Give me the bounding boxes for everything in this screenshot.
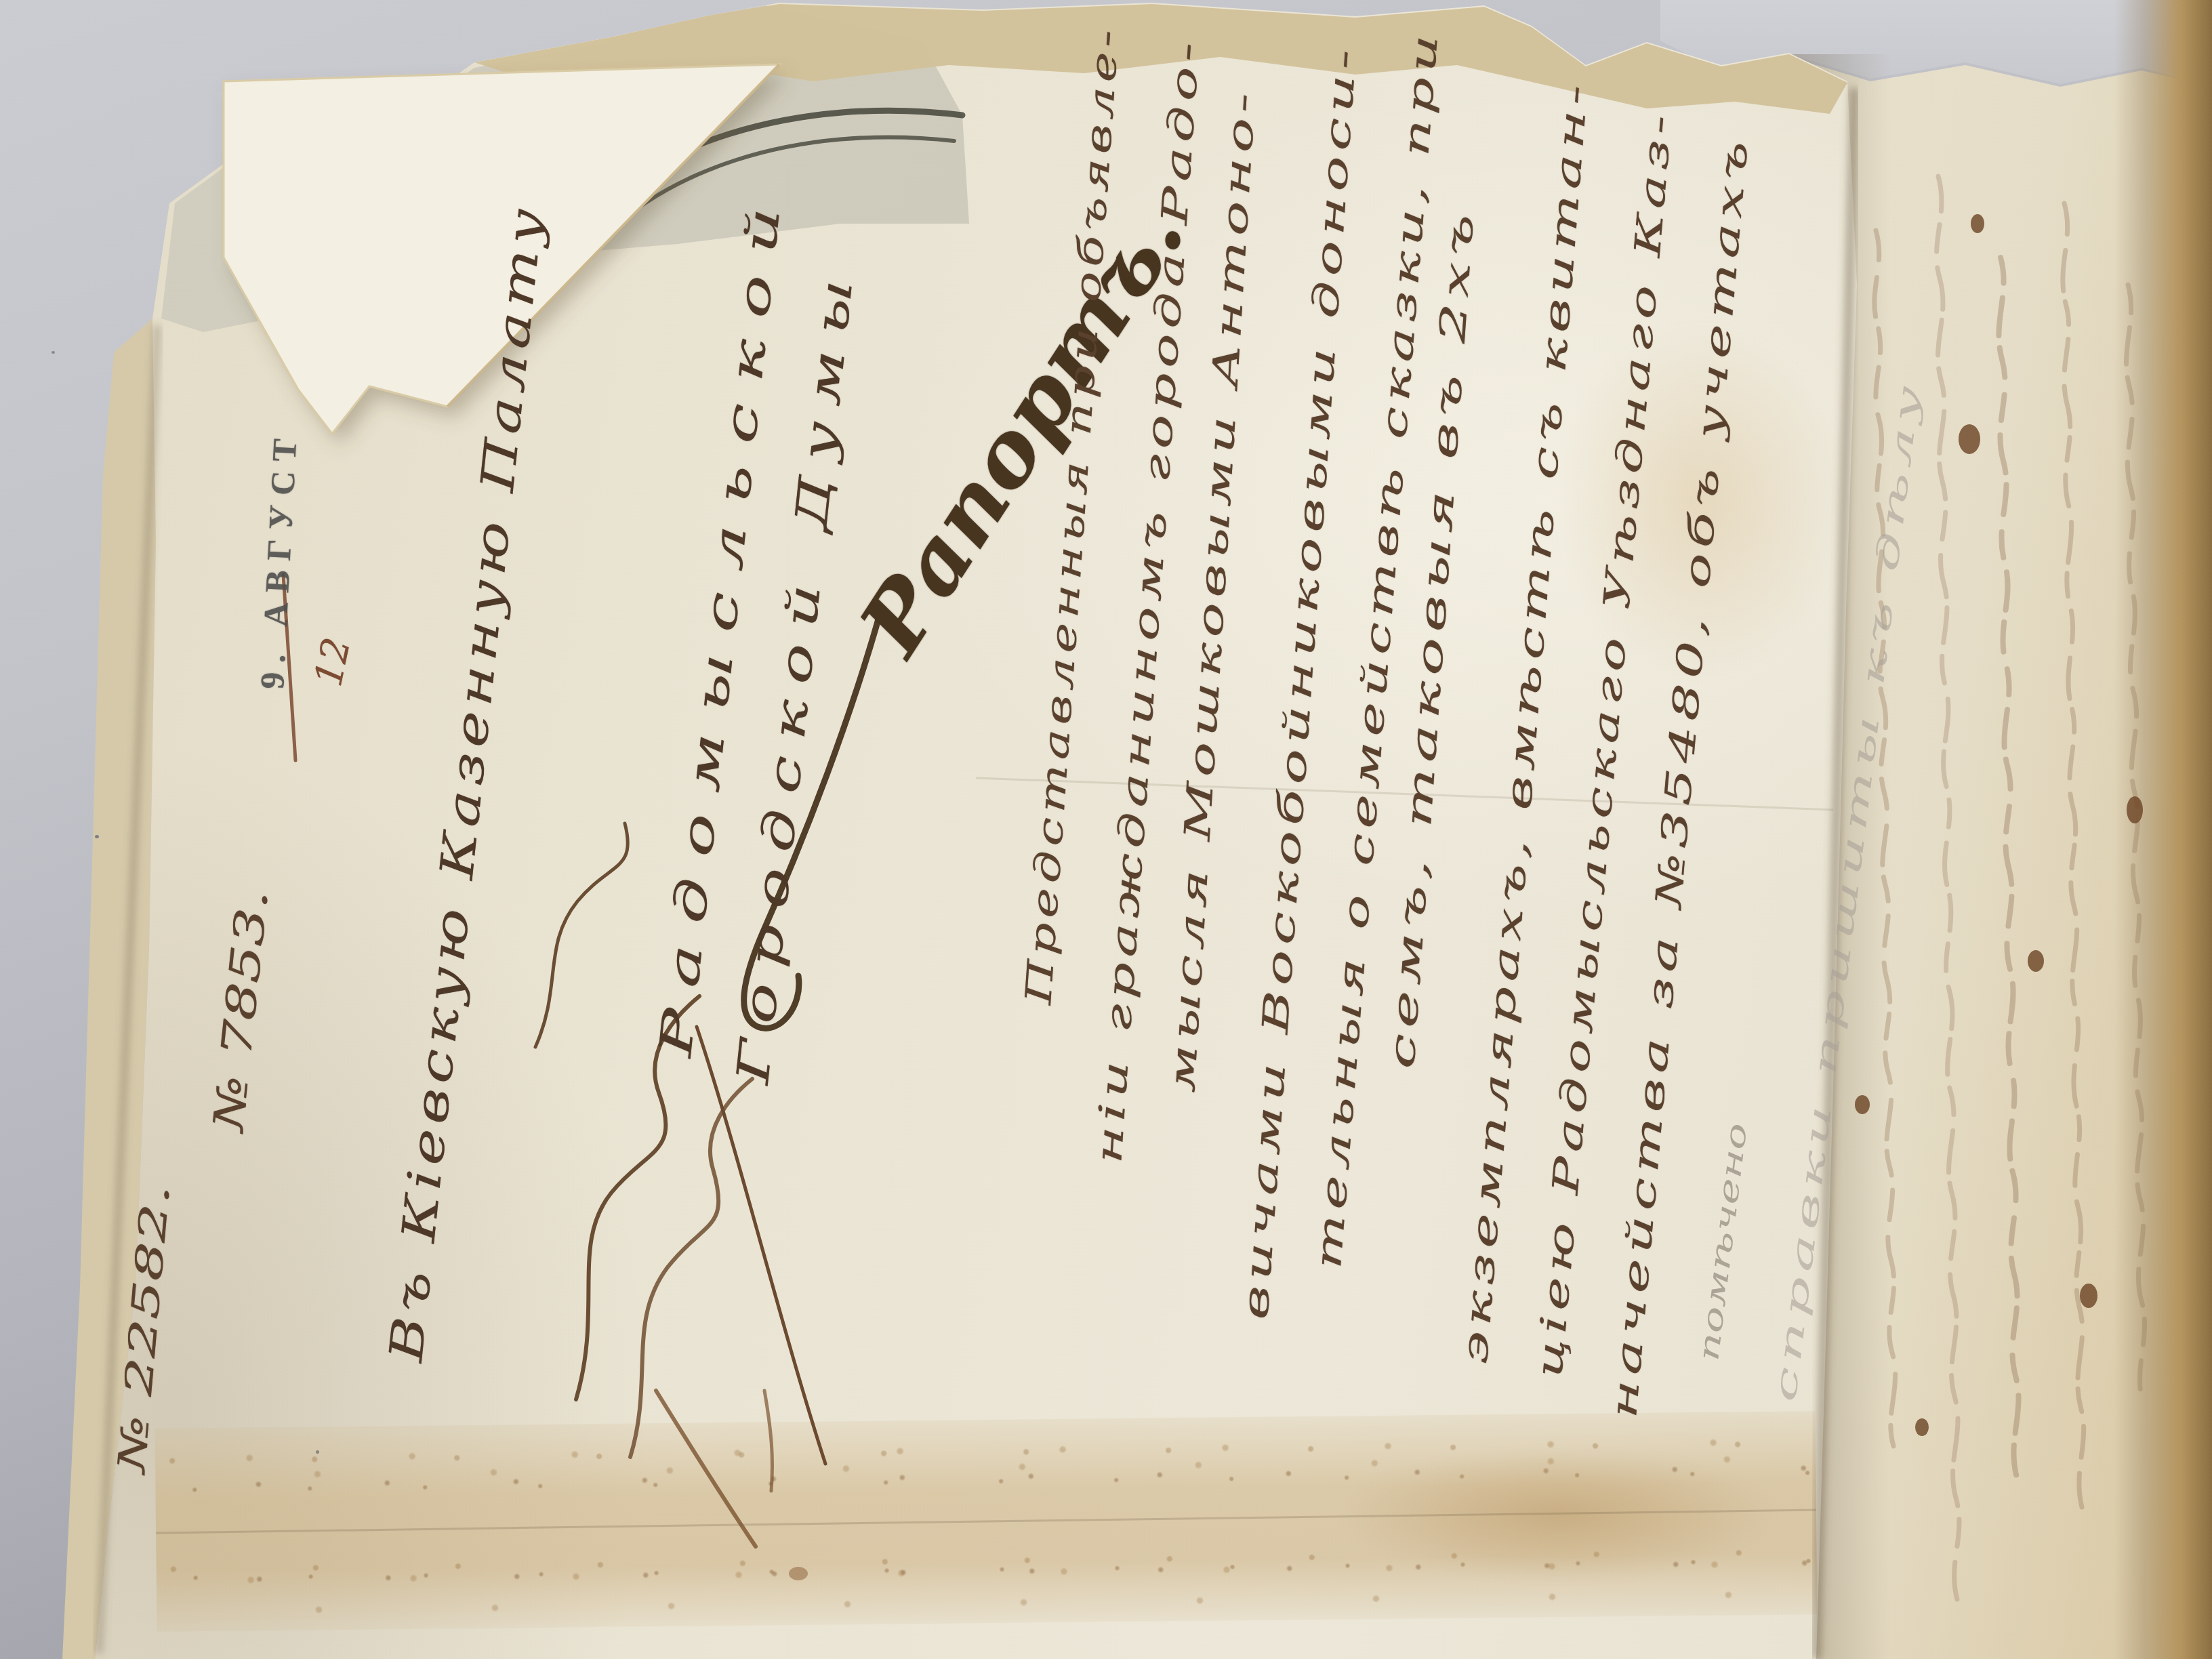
dust-speck: [95, 835, 99, 838]
ink-blot: [2028, 950, 2044, 972]
ink-blot: [1971, 214, 1984, 233]
ink-blot: [1959, 424, 1980, 454]
ink-blot: [2080, 1284, 2097, 1308]
signature-tail: [697, 1027, 825, 1464]
crease-line: [156, 1510, 1816, 1533]
ink-blot: [1855, 1095, 1870, 1114]
signature-stroke: [630, 1079, 752, 1457]
dust-speck: [316, 1450, 319, 1454]
dust-speck: [52, 351, 55, 354]
ink-stroke: [764, 1391, 773, 1491]
ink-blot: [789, 1567, 808, 1580]
ink-stroke: [656, 1391, 756, 1547]
ghost-text-column: [1937, 176, 1959, 1599]
ink-blot: [1915, 1418, 1929, 1436]
ghost-text-column: [1999, 258, 2018, 1477]
ink-blot: [2127, 796, 2143, 823]
signature-stroke: [535, 823, 628, 1047]
ghost-text-column: [2126, 285, 2144, 1403]
ghost-text-column: [2063, 203, 2084, 1507]
archival-document-photo: 9. АВГУСТ 12 № 7853. № 22582. Въ Кіевску…: [0, 0, 2212, 1659]
